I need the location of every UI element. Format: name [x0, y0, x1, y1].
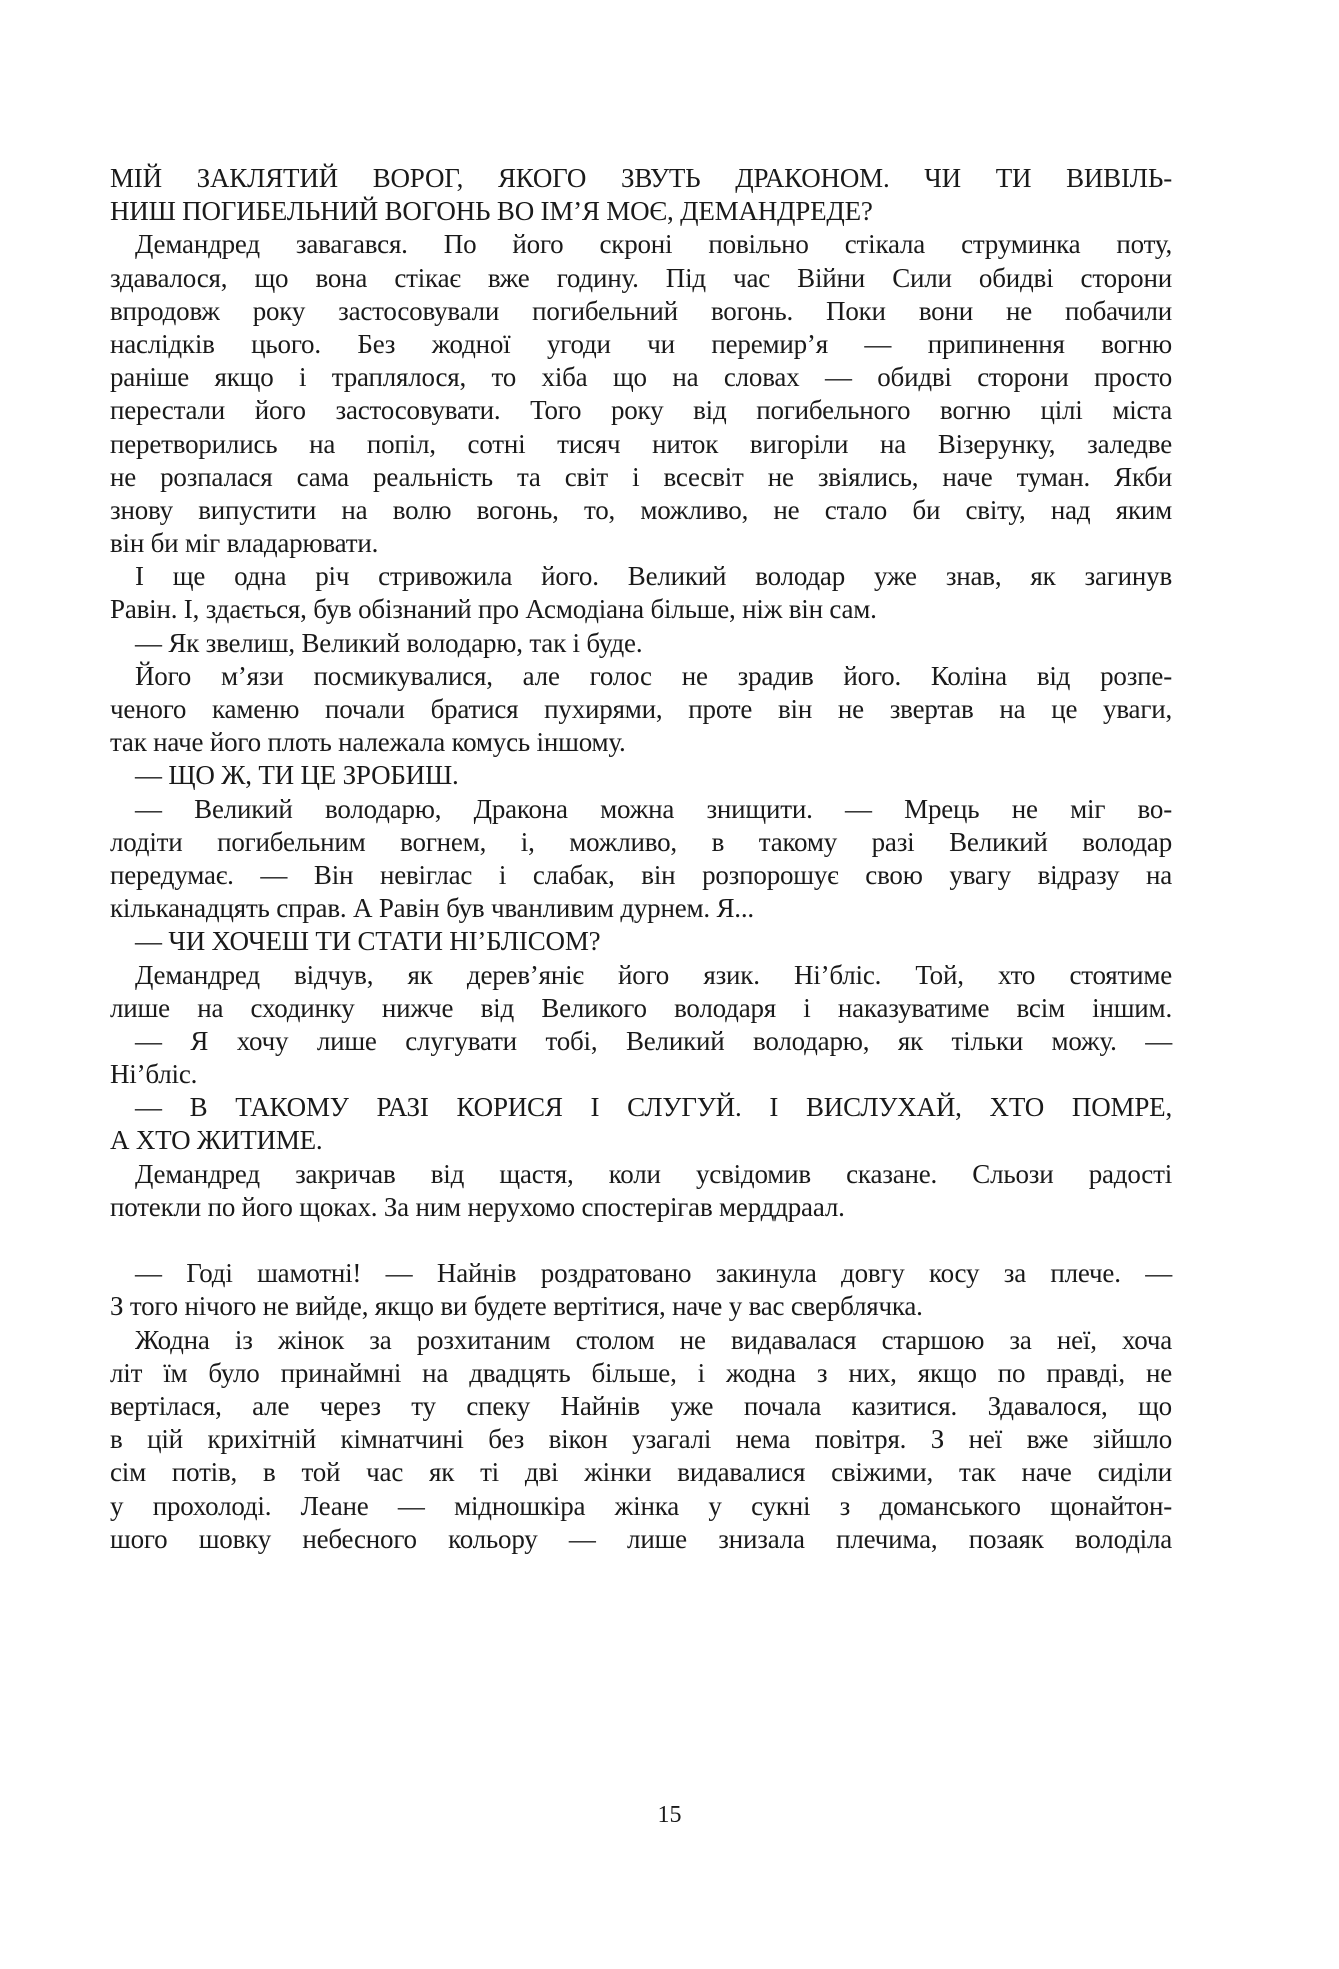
text-line: МІЙ ЗАКЛЯТИЙ ВОРОГ, ЯКОГО ЗВУТЬ ДРАКОНОМ…	[110, 162, 1172, 195]
text-line: З того нічого не вийде, якщо ви будете в…	[110, 1290, 1172, 1323]
text-line: кільканадцять справ. А Равін був чванлив…	[110, 892, 1172, 925]
text-line: А ХТО ЖИТИМЕ.	[110, 1124, 1172, 1157]
text-line: ченого каменю почали братися пухирями, п…	[110, 693, 1172, 726]
text-line: НИШ ПОГИБЕЛЬНИЙ ВОГОНЬ ВО ІМ’Я МОЄ, ДЕМА…	[110, 195, 1172, 228]
text-line: Демандред відчув, як дерев’яніє його язи…	[110, 959, 1172, 992]
text-line: шого шовку небесного кольору — лише зниз…	[110, 1523, 1172, 1556]
text-line: І ще одна річ стривожила його. Великий в…	[110, 560, 1172, 593]
text-line: — ЧИ ХОЧЕШ ТИ СТАТИ НІ’БЛІСОМ?	[110, 925, 1172, 958]
text-line: раніше якщо і траплялося, то хіба що на …	[110, 361, 1172, 394]
text-line: Демандред закричав від щастя, коли усвід…	[110, 1158, 1172, 1191]
text-line: Равін. І, здається, був обізнаний про Ас…	[110, 593, 1172, 626]
text-line: — Великий володарю, Дракона можна знищит…	[110, 793, 1172, 826]
text-line: в цій крихітній кімнатчині без вікон уза…	[110, 1423, 1172, 1456]
text-line: сім потів, в той час як ті дві жінки вид…	[110, 1456, 1172, 1489]
text-line: Ні’бліс.	[110, 1058, 1172, 1091]
text-line: наслідків цього. Без жодної угоди чи пер…	[110, 328, 1172, 361]
text-line: літ їм було принаймні на двадцять більше…	[110, 1357, 1172, 1390]
text-line: — Як звелиш, Великий володарю, так і буд…	[110, 627, 1172, 660]
text-line: — Я хочу лише слугувати тобі, Великий во…	[110, 1025, 1172, 1058]
page-number: 15	[0, 1802, 1339, 1829]
text-line: він би міг владарювати.	[110, 527, 1172, 560]
section-break	[110, 1224, 1172, 1257]
text-line: перестали його застосовувати. Того року …	[110, 394, 1172, 427]
text-line: — Годі шамотні! — Найнів роздратовано за…	[110, 1257, 1172, 1290]
text-line: перетворились на попіл, сотні тисяч нито…	[110, 428, 1172, 461]
text-line: потекли по його щоках. За ним нерухомо с…	[110, 1191, 1172, 1224]
text-line: впродовж року застосовували погибельний …	[110, 295, 1172, 328]
book-page-body: МІЙ ЗАКЛЯТИЙ ВОРОГ, ЯКОГО ЗВУТЬ ДРАКОНОМ…	[110, 162, 1172, 1556]
text-line: — В ТАКОМУ РАЗІ КОРИСЯ І СЛУГУЙ. І ВИСЛУ…	[110, 1091, 1172, 1124]
text-line: лише на сходинку нижче від Великого воло…	[110, 992, 1172, 1025]
text-line: знову випустити на волю вогонь, то, можл…	[110, 494, 1172, 527]
text-line: так наче його плоть належала комусь іншо…	[110, 726, 1172, 759]
text-line: здавалося, що вона стікає вже годину. Пі…	[110, 262, 1172, 295]
text-line: Демандред завагався. По його скроні пові…	[110, 228, 1172, 261]
text-line: вертілася, але через ту спеку Найнів уже…	[110, 1390, 1172, 1423]
text-line: передумає. — Він невіглас і слабак, він …	[110, 859, 1172, 892]
text-line: у прохолоді. Леане — мідношкіра жінка у …	[110, 1490, 1172, 1523]
text-line: Жодна із жінок за розхитаним столом не в…	[110, 1324, 1172, 1357]
text-line: лодіти погибельним вогнем, і, можливо, в…	[110, 826, 1172, 859]
text-line: не розпалася сама реальність та світ і в…	[110, 461, 1172, 494]
text-line: Його м’язи посмикувалися, але голос не з…	[110, 660, 1172, 693]
text-line: — ЩО Ж, ТИ ЦЕ ЗРОБИШ.	[110, 759, 1172, 792]
